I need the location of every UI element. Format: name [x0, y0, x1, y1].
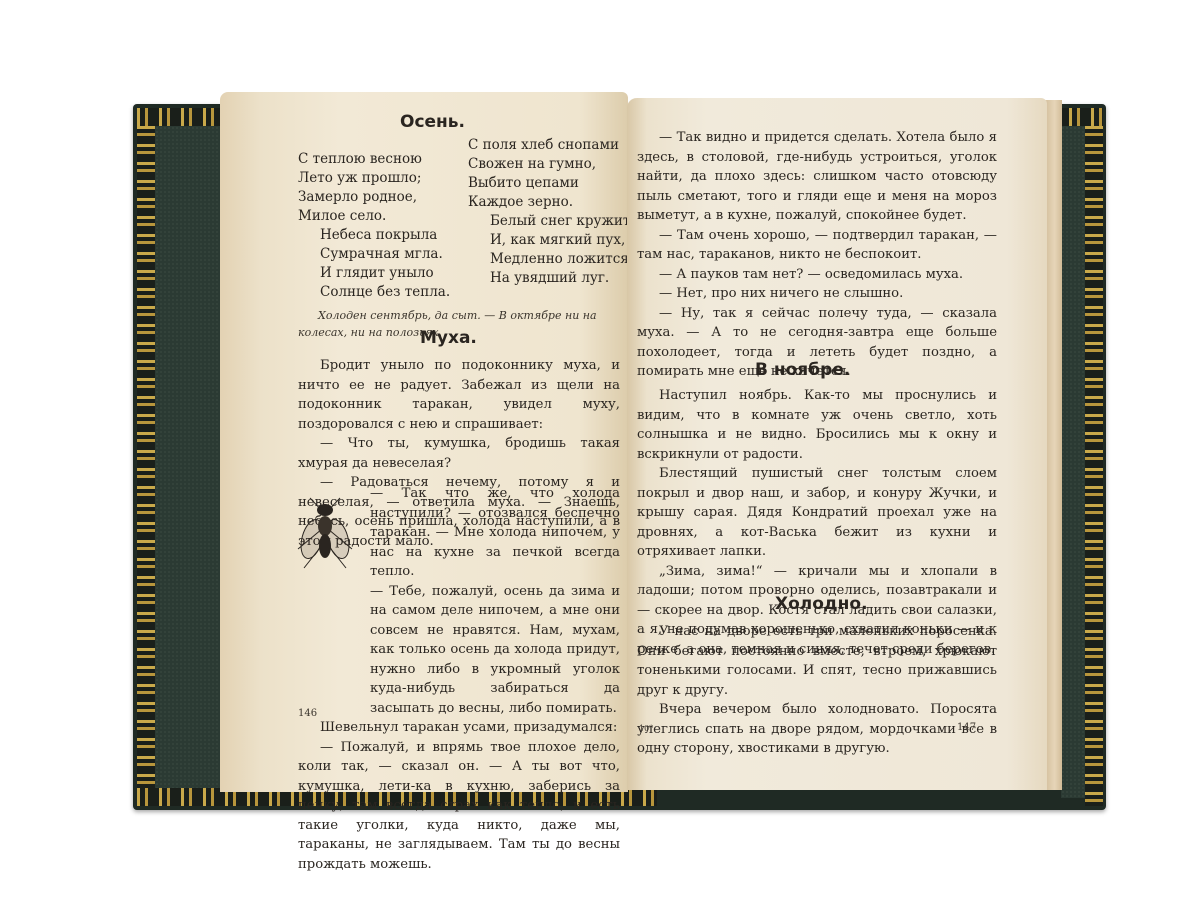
paragraph: Вчера вечером было холодновато. Поросята… [637, 700, 997, 759]
paragraph: Блестящий пушистый снег толстым слоем по… [637, 464, 997, 562]
poem-line: Небеса покрыла [298, 226, 450, 245]
paragraph: — Там очень хорошо, — подтвердил таракан… [637, 226, 997, 265]
poem-line: С теплою весною [298, 150, 450, 169]
paragraph: — Нет, про них ничего не слышно. [637, 284, 997, 304]
paragraph: Бродит уныло по подоконнику муха, и ничт… [298, 356, 620, 434]
gold-ornament-border-left [137, 108, 155, 806]
poem-line: Лето уж прошло; [298, 169, 450, 188]
story-fly-continuation: — Так видно и придется сделать. Хотела б… [637, 128, 997, 382]
poem-line: Милое село. [298, 207, 450, 226]
cloth-panel-right [1061, 122, 1086, 798]
poem-column-2: С поля хлеб снопами Свожен на гумно, Выб… [468, 136, 646, 288]
story-title-november: В ноябре. [755, 360, 850, 380]
poem-line: И глядит уныло [298, 264, 450, 283]
poem-line: С поля хлеб снопами [468, 136, 646, 155]
poem-line: Белый снег кружится [468, 212, 646, 231]
story-november: Наступил ноябрь. Как-то мы проснулись и … [637, 386, 997, 659]
poem-line: Медленно ложится [468, 250, 646, 269]
page-number-left: 146 [298, 708, 317, 719]
right-page: — Так видно и придется сделать. Хотела б… [627, 98, 1047, 790]
paragraph: — Что ты, кумушка, бродишь такая хмурая … [298, 434, 620, 473]
story-cold: У нас на дворе есть три маленьких поросе… [637, 622, 997, 759]
poem-line: И, как мягкий пух, [468, 231, 646, 250]
gold-ornament-border-right [1085, 108, 1103, 806]
paragraph: — Так видно и придется сделать. Хотела б… [637, 128, 997, 226]
paragraph: Шевельнул таракан усами, призадумался: [298, 718, 620, 738]
paragraph: У нас на дворе есть три маленьких поросе… [637, 622, 997, 700]
page-number-right: 147 [957, 722, 976, 733]
story-fly-bottom: — Так что же, что холода наступили? — от… [298, 484, 620, 874]
poem-line: Сумрачная мгла. [298, 245, 450, 264]
poem-line: Замерло родное, [298, 188, 450, 207]
poem-line: Солнце без тепла. [298, 283, 450, 302]
poem-line: Выбито цепами [468, 174, 646, 193]
paragraph: — Пожалуй, и впрямь твое плохое дело, ко… [298, 738, 620, 875]
poem-title: Осень. [400, 112, 465, 132]
left-page: Осень. С теплою весною Лето уж прошло; З… [220, 92, 628, 792]
story-title-fly: Муха. [420, 328, 477, 348]
poem-line: На увядший луг. [468, 269, 646, 288]
story-title-cold: Холодно. [775, 594, 868, 614]
signature-mark: 10* [639, 724, 653, 733]
paragraph: — Тебе, пожалуй, осень да зима и на само… [298, 582, 620, 719]
paragraph: — А пауков там нет? — осведомилась муха. [637, 265, 997, 285]
poem-line: Свожен на гумно, [468, 155, 646, 174]
paragraph: Наступил ноябрь. Как-то мы проснулись и … [637, 386, 997, 464]
poem-column-1: С теплою весною Лето уж прошло; Замерло … [298, 150, 450, 302]
cloth-panel-left [155, 126, 225, 790]
poem-line: Каждое зерно. [468, 193, 646, 212]
paragraph: — Так что же, что холода наступили? — от… [298, 484, 620, 582]
